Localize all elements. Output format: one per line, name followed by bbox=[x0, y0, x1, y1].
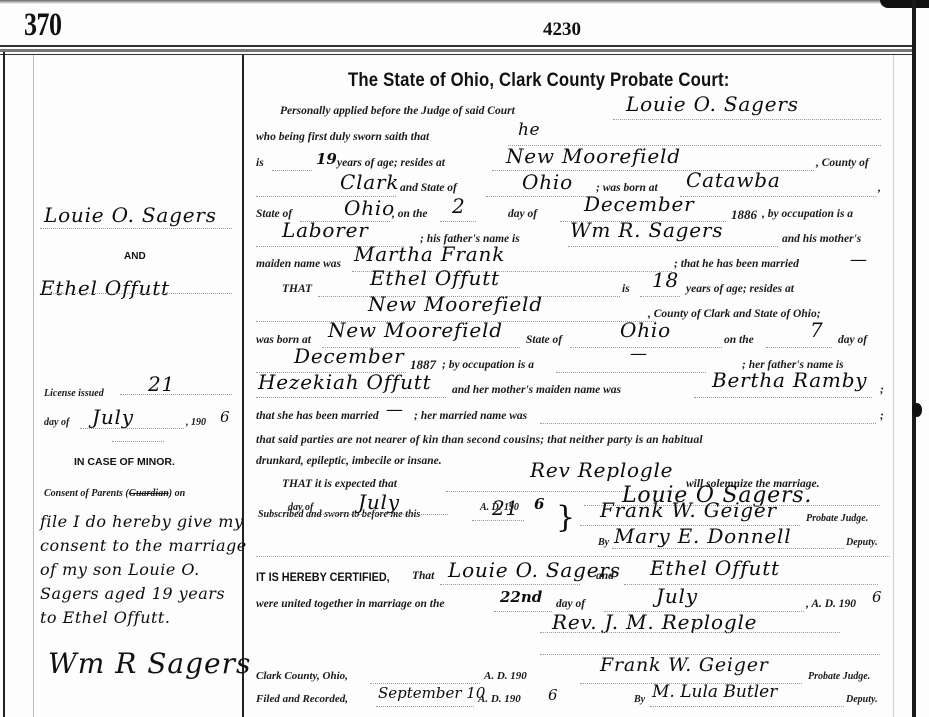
officiant-name: Rev Replogle bbox=[530, 458, 673, 482]
right-inner-rule bbox=[893, 55, 894, 717]
filing-deputy-label: Deputy. bbox=[846, 694, 878, 705]
filing-ad-label: A. D. 190 bbox=[484, 670, 527, 682]
l7-married: ; that he has been married bbox=[674, 258, 799, 270]
groom-state: Ohio bbox=[522, 170, 573, 194]
l13-semicolon: ; bbox=[880, 410, 884, 422]
filing-probate-judge-label: Probate Judge. bbox=[808, 671, 870, 682]
certificate-bride: Ethel Offutt bbox=[650, 556, 780, 580]
left-and-label: AND bbox=[124, 251, 146, 262]
license-issued-label: License issued bbox=[44, 388, 104, 399]
l13-married: that she has been married bbox=[256, 410, 379, 422]
sworn-day-of: day of bbox=[288, 502, 313, 513]
left-inner-rule bbox=[33, 55, 34, 717]
form-title: The State of Ohio, Clark County Probate … bbox=[348, 70, 730, 92]
l4-state-of: and State of bbox=[400, 182, 457, 194]
header-rule-3 bbox=[0, 54, 912, 55]
left-margin-rule bbox=[3, 52, 5, 717]
bride-birthplace: New Moorefield bbox=[328, 318, 503, 342]
filed-date-line bbox=[376, 706, 474, 707]
license-year-prefix: , 190 bbox=[186, 417, 206, 428]
left-bride-line bbox=[40, 293, 232, 294]
certificate-day: 22nd bbox=[500, 588, 542, 606]
l6-father-line bbox=[568, 246, 778, 247]
page-top-shadow bbox=[0, 0, 929, 4]
l11-occupation: ; by occupation is a bbox=[442, 359, 534, 371]
consent-line: file I do hereby give my bbox=[40, 510, 240, 534]
deputy-sig-line bbox=[612, 548, 844, 549]
l12-mother-line bbox=[694, 397, 872, 398]
l4-state-line bbox=[486, 196, 594, 197]
applicant-name: Louie O. Sagers bbox=[626, 92, 799, 116]
groom-prev-married: — bbox=[850, 250, 868, 270]
l4-born-line bbox=[680, 196, 876, 197]
certificate-day-of: day of bbox=[556, 598, 585, 610]
sworn-brace: } bbox=[556, 500, 576, 535]
form-number: 4230 bbox=[543, 19, 581, 41]
groom-birth-month: December bbox=[584, 192, 694, 216]
l15-clause: drunkard, epileptic, imbecile or insane. bbox=[256, 455, 442, 467]
l7-maiden: maiden name was bbox=[256, 258, 341, 270]
section-separator bbox=[256, 556, 890, 557]
page-number: 370 bbox=[24, 6, 62, 44]
column-divider bbox=[242, 55, 244, 717]
sworn-day-line bbox=[472, 520, 524, 521]
l10-on-the: on the bbox=[724, 334, 754, 346]
l5-day-line bbox=[440, 221, 476, 222]
consent-text: file I do hereby give my consent to the … bbox=[40, 510, 240, 630]
binding-rule bbox=[912, 0, 916, 717]
deputy-signature: Mary E. Donnell bbox=[614, 524, 791, 548]
license-under-line bbox=[112, 441, 164, 442]
l8-age-line bbox=[640, 296, 680, 297]
l3-age-line bbox=[272, 170, 312, 171]
l1-line bbox=[613, 119, 881, 120]
left-groom-line bbox=[40, 228, 232, 229]
consent-line: of my son Louie O. bbox=[40, 558, 240, 582]
l12-mother: and her mother's maiden name was bbox=[452, 384, 621, 396]
l2-print: who being first duly sworn saith that bbox=[256, 131, 429, 143]
judge-signature: Frank W. Geiger bbox=[600, 498, 777, 522]
license-day-of-label: day of bbox=[44, 417, 69, 428]
minor-heading: IN CASE OF MINOR. bbox=[74, 456, 175, 468]
certificate-heading: IT IS HEREBY CERTIFIED, bbox=[256, 570, 390, 584]
page-corner-dark bbox=[880, 0, 929, 8]
left-bride-name: Ethel Offutt bbox=[40, 276, 170, 300]
filed-ad-label: A. D. 190 bbox=[478, 693, 521, 705]
l3-is: is bbox=[256, 157, 264, 169]
groom-birth-day: 2 bbox=[452, 194, 466, 218]
l13-married-name: ; her married name was bbox=[414, 410, 527, 422]
bride-prev-married: — bbox=[386, 400, 404, 420]
groom-birthplace: Catawba bbox=[686, 168, 781, 192]
bride-birth-month: December bbox=[294, 344, 404, 368]
l6-mother: and his mother's bbox=[782, 233, 861, 245]
filing-deputy-signature: M. Lula Butler bbox=[652, 682, 777, 702]
l8-years: years of age; resides at bbox=[686, 283, 794, 295]
filed-date: September 10 bbox=[378, 684, 485, 702]
bride-mother: Bertha Ramby bbox=[712, 368, 867, 392]
l9-county: , County of Clark and State of Ohio; bbox=[648, 308, 821, 320]
bride-age: 18 bbox=[652, 268, 679, 292]
license-day-line bbox=[120, 394, 232, 395]
groom-father: Wm R. Sagers bbox=[570, 218, 723, 242]
groom-occupation: Laborer bbox=[282, 218, 369, 242]
l10-state-of: State of bbox=[526, 334, 562, 346]
certificate-groom: Louie O. Sagers bbox=[448, 558, 621, 582]
pronoun: he bbox=[518, 120, 540, 140]
l16-that: THAT it is expected that bbox=[282, 478, 397, 490]
l5-on-the: , on the bbox=[392, 208, 427, 220]
cert-day-line bbox=[494, 611, 552, 612]
groom-county: Clark bbox=[340, 170, 399, 194]
consent-line: to Ethel Offutt. bbox=[40, 606, 240, 630]
bride-birth-day: 7 bbox=[810, 318, 824, 342]
certificate-year-suffix: 6 bbox=[872, 588, 882, 606]
sworn-month: July bbox=[358, 490, 400, 514]
certificate-ad: , A. D. 190 bbox=[806, 598, 856, 610]
l8-that: THAT bbox=[282, 283, 312, 295]
l8-is: is bbox=[622, 283, 630, 295]
bride-father: Hezekiah Offutt bbox=[258, 370, 431, 394]
sworn-ad: A. D. 190 bbox=[480, 502, 519, 513]
l4-comma: , bbox=[878, 182, 881, 194]
l5-occupation: , by occupation is a bbox=[762, 208, 853, 220]
certificate-that: That bbox=[412, 570, 434, 582]
sworn-month-line bbox=[318, 514, 448, 515]
l12-father-line bbox=[256, 397, 446, 398]
l3-county-of: , County of bbox=[816, 157, 869, 169]
license-issued-day: 21 bbox=[148, 372, 175, 396]
officiant-signature: Rev. J. M. Replogle bbox=[552, 610, 757, 634]
binding-hole bbox=[912, 403, 922, 417]
filing-judge-signature: Frank W. Geiger bbox=[600, 654, 769, 676]
groom-age: 19 bbox=[316, 150, 337, 168]
groom-birth-state: Ohio bbox=[344, 196, 395, 220]
l10-day-of: day of bbox=[838, 334, 867, 346]
l11-occupation-line bbox=[556, 372, 706, 373]
officiant-sig-line bbox=[540, 632, 840, 633]
filing-county-label: Clark County, Ohio, bbox=[256, 670, 348, 682]
consent-label: Consent of Parents (Guardian) on bbox=[44, 488, 185, 499]
deputy-label: Deputy. bbox=[846, 537, 878, 548]
bride-name: Ethel Offutt bbox=[370, 266, 500, 290]
groom-mother: Martha Frank bbox=[354, 242, 505, 266]
l3-print: years of age; resides at bbox=[337, 157, 445, 169]
consent-signature: Wm R Sagers bbox=[48, 647, 251, 680]
groom-birth-year: 1886 bbox=[731, 207, 757, 223]
l12-semicolon: ; bbox=[880, 384, 884, 396]
bride-birth-state: Ohio bbox=[620, 318, 671, 342]
filed-year-suffix: 6 bbox=[548, 686, 558, 704]
cert-groom-line bbox=[440, 584, 580, 585]
l13-married-name-line bbox=[540, 423, 876, 424]
l1-print: Personally applied before the Judge of s… bbox=[280, 105, 515, 117]
probate-judge-label: Probate Judge. bbox=[806, 513, 868, 524]
left-groom-name: Louie O. Sagers bbox=[44, 203, 217, 227]
l14-kin-clause: that said parties are not nearer of kin … bbox=[256, 434, 703, 446]
groom-residence: New Moorefield bbox=[506, 144, 681, 168]
bride-residence: New Moorefield bbox=[368, 292, 543, 316]
l10-day-line bbox=[766, 347, 832, 348]
header-rule-2 bbox=[0, 49, 912, 52]
l5-day-of: day of bbox=[508, 208, 537, 220]
certificate-united-label: were united together in marriage on the bbox=[256, 598, 445, 610]
sworn-year-suffix: 6 bbox=[534, 495, 544, 513]
license-month: July bbox=[92, 405, 134, 429]
by-label: By bbox=[598, 537, 609, 548]
header-rule bbox=[0, 45, 912, 47]
filing-by-label: By bbox=[634, 694, 645, 705]
license-year-suffix: 6 bbox=[220, 408, 230, 426]
bride-occupation: — bbox=[630, 344, 648, 364]
certificate-and: and bbox=[596, 570, 614, 582]
filing-deputy-line bbox=[650, 706, 844, 707]
consent-line: Sagers aged 19 years bbox=[40, 582, 240, 606]
filed-label: Filed and Recorded, bbox=[256, 693, 348, 705]
consent-line: consent to the marriage bbox=[40, 534, 240, 558]
certificate-month: July bbox=[656, 584, 698, 608]
license-month-line bbox=[80, 428, 184, 429]
